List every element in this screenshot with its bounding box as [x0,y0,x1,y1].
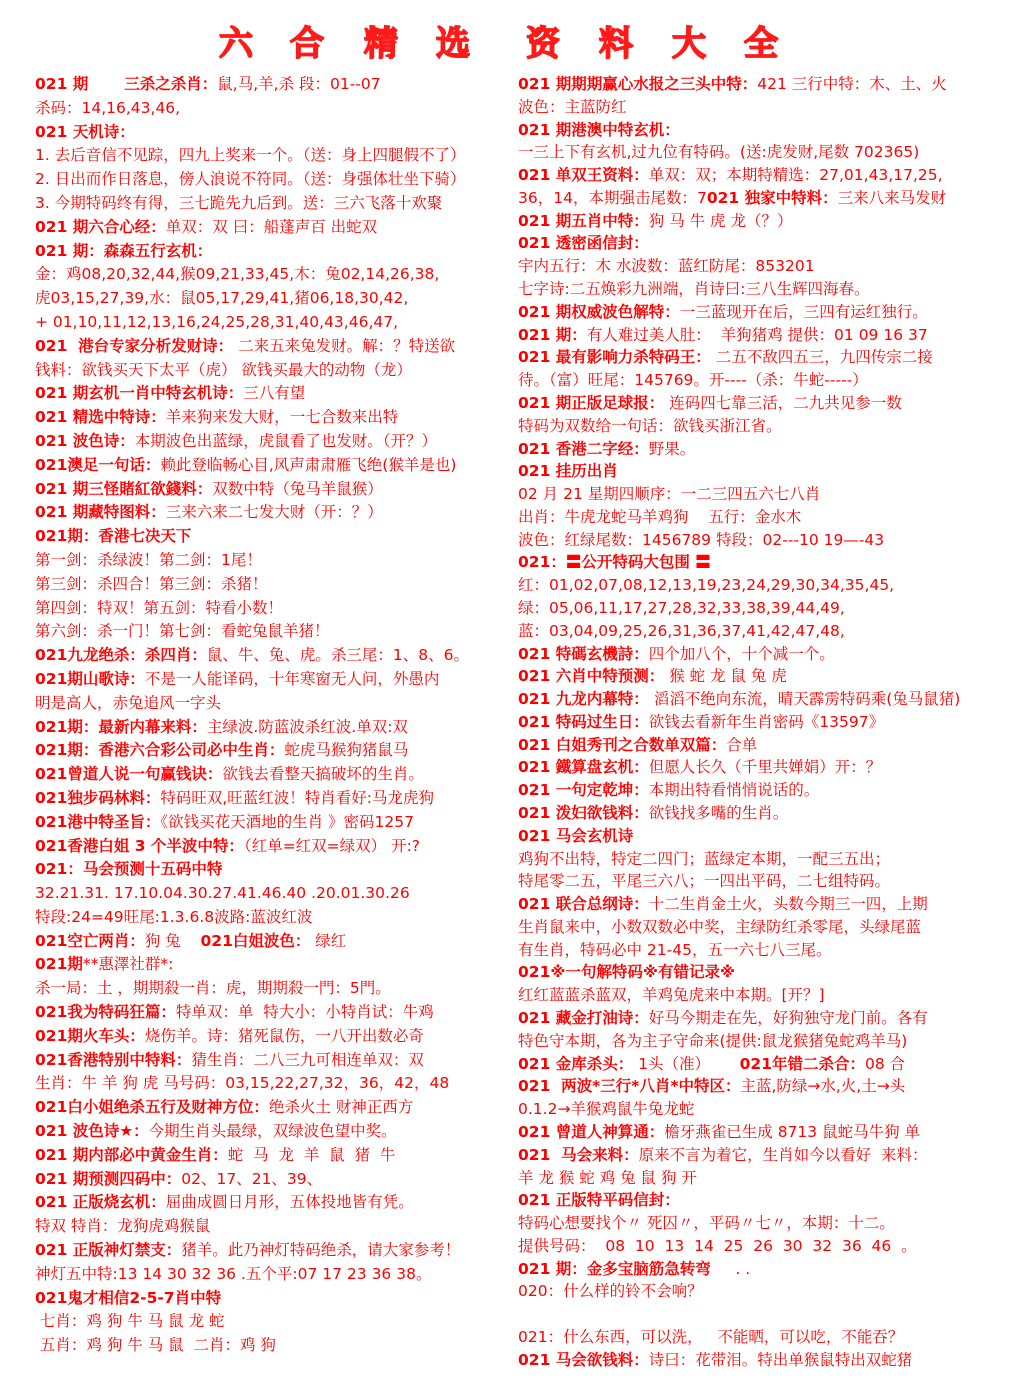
line-text: 二五不敌四五三，九四传宗二接 [711,348,933,366]
line-text: 欲钱找多嘴的生肖。 [649,804,789,822]
line-text: 滔滔不绝向东流，晴天霹雳特码乘(兔马鼠猪) [649,690,961,708]
line-text: 猜生肖：二八三九可相连单双：双 [191,1051,424,1069]
left-line: 021港中特圣旨：《欲钱买花天酒地的生肖 》密码1257 [35,811,507,835]
line-text: 绝杀火土 财神正西方 [269,1098,413,1116]
line-heading: 021※一句解特码※有错记录※ [518,963,735,981]
line-text: 特双 特肖：龙狗虎鸡猴鼠 [35,1217,210,1235]
line-heading: 021 两波*三行*八肖*中特区： [518,1077,740,1095]
line-text: 双数中特（兔马羊鼠猴） [212,480,383,498]
right-line: 021 藏金打油诗：好马今期走在先，好狗独守龙门前。各有 [518,1007,1013,1030]
right-line: 021 联合总纲诗：十二生肖金土火，头数今期三一四，上期 [518,893,1013,916]
blank-line [518,1303,1013,1326]
line-heading: 021 期： [518,326,587,344]
right-line: 021 鐵算盘玄机：但愿人长久（千里共婵娟）开：？ [518,756,1013,779]
line-heading: 021 九龙内幕特： [518,690,649,708]
right-line: 波色：红绿尾数：1456789 特段：02---10 19—-43 [518,529,1013,552]
line-heading: 021 最有影响力杀特码王： [518,348,711,366]
left-line: 021鬼才相信2-5-7肖中特 [35,1287,507,1311]
line-text: 出肖：牛虎龙蛇马羊鸡狗 五行：金水木 [518,508,801,526]
line-heading: 三杀之杀肖： [124,75,217,93]
left-line: 七肖：鸡 狗 牛 马 鼠 龙 蛇 [35,1310,507,1334]
line-heading: 021鬼才相信2-5-7肖中特 [35,1289,221,1307]
line-text: 三来八来马发财 [838,189,947,207]
line-heading: 021香港特别中特料： [35,1051,191,1069]
left-line: 五肖：鸡 狗 牛 马 鼠 二肖：鸡 狗 [35,1334,507,1358]
right-line: 021 正版特平码信封： [518,1189,1013,1212]
line-text: 杀一局：土 ，期期殺一肖：虎，期期殺一門：5門。 [35,979,391,997]
title-char: 料 [599,24,633,64]
line-text: 红红蓝蓝杀蓝双，羊鸡兔虎来中本期。[开？] [518,986,825,1004]
right-line: 021 挂历出肖 [518,460,1013,483]
left-line: 第四剑：特双！第五剑：特看小数！ [35,597,507,621]
line-text: 神灯五中特:13 14 30 32 36 .五个平:07 17 23 36 38… [35,1265,431,1283]
line-text: 但愿人长久（千里共婵娟）开：？ [649,758,882,776]
line-heading: 021：〓公开特码大包围 〓 [518,553,711,571]
right-line: 021 期：金多宝脑筋急转弯 . . [518,1258,1013,1281]
line-text: 02、17、21、39、 [181,1170,322,1188]
line-text: 特尾零二五，平尾三六八；一四出平码，二七组特码。 [518,872,890,890]
line-heading: 021 期内部必中黄金生肖： [35,1146,228,1164]
line-text: 虎03,15,27,39,水：鼠05,17,29,41,猪06,18,30,42… [35,289,408,307]
right-line: 021 单双王资料：单双：双；本期特精选：27,01,43,17,25, [518,164,1013,187]
line-text: 第一剑：杀绿波！第二剑：1尾！ [35,551,262,569]
line-text: 一三上下有玄机,过九位有特码。(送:虎发财,尾数 702365) [518,143,919,161]
line-heading: 021 金库杀头： [518,1055,633,1073]
right-line: 021 曾道人神算通：檐牙燕雀已生成 8713 鼠蛇马牛狗 单 [518,1121,1013,1144]
right-line: 36，14，本期强击尾数：7021 独家中特料：三来八来马发财 [518,187,1013,210]
left-line: 021期**惠澤社群*: [35,953,507,977]
line-text: 本期波色出蓝绿，虎鼠看了也发财。（开？） [135,432,437,450]
right-line: 绿：05,06,11,17,27,28,32,33,38,39,44,49, [518,597,1013,620]
line-text: 鸡狗不出特，特定二四门；蓝绿定本期，一配三五出； [518,850,890,868]
line-text: 鼠,马,羊,杀 段：01--07 [217,75,380,93]
left-line: 021期：最新内幕来料：主绿波.防蓝波杀红波.单双:双 [35,716,507,740]
line-heading: 021白姐波色： [201,932,311,950]
line-text: 32.21.31. 17.10.04.30.27.41.46.40 .20.01… [35,884,410,902]
title-char: 选 [436,24,470,64]
right-line: 021 特码过生日：欲钱去看新年生肖密码《13597》 [518,711,1013,734]
line-heading: 021 精选中特诗： [35,408,166,426]
line-text: 单双：双 曰：船蓬声百 出蛇双 [166,218,377,236]
right-line: 特尾零二五，平尾三六八；一四出平码，二七组特码。 [518,870,1013,893]
line-text: 特段:24=49旺尾:1.3.6.8波路:蓝波红波 [35,908,312,926]
right-line: 021 最有影响力杀特码王： 二五不敌四五三，九四传宗二接 [518,346,1013,369]
line-heading: 021 泼妇欲钱料： [518,804,649,822]
line-text: 《欲钱买花天酒地的生肖 》密码1257 [160,813,414,831]
line-text: 赖此登临畅心目,风声肃肃雁飞绝(猴羊是也) [160,456,456,474]
title-char: 精 [364,24,398,64]
right-line: 021 期五肖中特：狗 马 牛 虎 龙（？） [518,210,1013,233]
right-line: 特色守本期，各为主子守命来(提供:鼠龙猴猪兔蛇鸡羊马) [518,1030,1013,1053]
line-heading: 021 期期期赢心水报之三头中特： [518,75,757,93]
left-line: 杀码：14,16,43,46, [35,97,507,121]
line-heading: 021 鐵算盘玄机： [518,758,649,776]
left-line: 32.21.31. 17.10.04.30.27.41.46.40 .20.01… [35,882,507,906]
right-line: 021 期正版足球报： 连码四七靠三活，二九共见参一数 [518,392,1013,415]
line-text: 檐牙燕雀已生成 8713 鼠蛇马牛狗 单 [664,1123,920,1141]
line-text: 杀码：14,16,43,46, [35,99,180,117]
line-text: 十二生肖金土火，头数今期三一四，上期 [649,895,928,913]
right-line: 021 马会欲钱料：诗曰：花带泪。特出单猴鼠特出双蛇猪 [518,1349,1013,1372]
line-heading: 021港中特圣旨： [35,813,160,831]
line-text: 蛇 马 龙 羊 鼠 猪 牛 [228,1146,396,1164]
left-line: 特段:24=49旺尾:1.3.6.8波路:蓝波红波 [35,906,507,930]
left-line: 021曾道人说一句赢钱诀：欲钱去看整天搞破坏的生肖。 [35,763,507,787]
line-text: 主绿波.防蓝波杀红波.单双:双 [207,718,408,736]
left-line: 021 期六合心经：单双：双 曰：船蓬声百 出蛇双 [35,216,507,240]
line-text: 屈曲成圆日月形，五体投地皆有凭。 [166,1193,414,1211]
line-text: 特码为双数给一句话：欲钱买浙江省。 [518,417,782,435]
left-line: 021澳足一句话：赖此登临畅心目,风声肃肃雁飞绝(猴羊是也) [35,454,507,478]
line-heading: 021 曾道人神算通： [518,1123,664,1141]
line-heading: 021 期五肖中特： [518,212,649,230]
line-text: 合单 [726,736,757,754]
left-line: 特双 特肖：龙狗虎鸡猴鼠 [35,1215,507,1239]
left-line: 021期火车头：烧伤羊。诗：猪死鼠伤，一八开出数必奇 [35,1025,507,1049]
left-line: 021 期三怪賭紅欲錢料：双数中特（兔马羊鼠猴） [35,478,507,502]
left-line: 021我为特码狂篇：特单双：单 特大小：小特肖试：牛鸡 [35,1001,507,1025]
line-text: 七肖：鸡 狗 牛 马 鼠 龙 蛇 [35,1312,225,1330]
right-line: 提供号码： 08 10 13 14 25 26 30 32 36 46 。 [518,1235,1013,1258]
right-line: 021 香港二字经：野果。 [518,438,1013,461]
line-text: 生肖：牛 羊 狗 虎 马号码：03,15,22,27,32，36，42，48 [35,1074,449,1092]
right-line: 宇内五行：木 水波数：蓝红防尾：853201 [518,255,1013,278]
line-heading: 021 期正版足球报： [518,394,664,412]
line-heading: 021 期港澳中特玄机： [518,121,680,139]
right-line: 021 期港澳中特玄机： [518,119,1013,142]
left-line: 021 期藏特图料：三来六来二七发大财（开：？） [35,501,507,525]
left-line: 021 期内部必中黄金生肖：蛇 马 龙 羊 鼠 猪 牛 [35,1144,507,1168]
right-line: 出肖：牛虎龙蛇马羊鸡狗 五行：金水木 [518,506,1013,529]
line-heading: 021 马会欲钱料： [518,1351,649,1369]
line-text: 宇内五行：木 水波数：蓝红防尾：853201 [518,257,815,275]
line-heading: 021 期 [35,75,88,93]
line-heading: 021期：香港六合彩公司必中生肖： [35,741,284,759]
right-line: 020：什么样的铃不会响？ [518,1280,1013,1303]
line-heading: 021 正版烧玄机： [35,1193,166,1211]
line-heading: 021澳足一句话： [35,456,160,474]
line-text: 欲钱去看新年生肖密码《13597》 [649,713,884,731]
right-line: 羊 龙 猴 蛇 鸡 兔 鼠 狗 开 [518,1167,1013,1190]
line-text: 鼠、牛、兔、虎。杀三尾：1、8、6。 [207,646,469,664]
line-heading: 021 港台专家分析发财诗： [35,337,233,355]
line-text: 绿：05,06,11,17,27,28,32,33,38,39,44,49, [518,599,845,617]
right-column: 021 期期期赢心水报之三头中特：421 三行中特：木、土、火 波色：主蓝防红 … [518,73,1013,1372]
line-heading: 021 透密函信封： [518,234,649,252]
left-line: 明是高人，赤兔追风一字头 [35,692,507,716]
line-text: 蛇虎马猴狗猪鼠马 [284,741,408,759]
line-text: 波色：主蓝防红 [518,98,627,116]
left-line: 3. 今期特码终有得，三七跪先九后到。送：三六飞落十欢聚 [35,192,507,216]
line-text: 特码心想要找个〃 死囚〃，平码〃七〃，本期：十二。 [518,1214,895,1232]
right-line: 021 两波*三行*八肖*中特区：主蓝,防绿→水,火,土→头 [518,1075,1013,1098]
left-line: 生肖：牛 羊 狗 虎 马号码：03,15,22,27,32，36，42，48 [35,1072,507,1096]
line-heading: 021期 [35,955,83,973]
line-text: 羊来狗来发大财，一七合数来出特 [166,408,399,426]
right-line: 02 月 21 星期四顺序：一二三四五六七八肖 [518,483,1013,506]
right-line: 红红蓝蓝杀蓝双，羊鸡兔虎来中本期。[开？] [518,984,1013,1007]
line-text: 生肖鼠来中，小数双数必中奖，主绿防红杀零尾，头绿尾蓝 [518,918,921,936]
line-text: + 01,10,11,12,13,16,24,25,28,31,40,43,46… [35,313,398,331]
left-line: 021香港白姐 3 个半波中特：（红单=红双=绿双） 开:? [35,835,507,859]
title-char: 全 [744,24,778,64]
left-line: 021香港特别中特料：猜生肖：二八三九可相连单双：双 [35,1049,507,1073]
line-text: 蓝：03,04,09,25,26,31,36,37,41,42,47,48, [518,622,845,640]
line-text: 七字诗:二五焕彩九洲端，肖诗曰:三八生辉四海春。 [518,280,869,298]
line-heading: 021 期藏特图料： [35,503,166,521]
left-line: 钱料：欲钱买天下太平（虎） 欲钱买最大的动物（龙） [35,359,507,383]
line-heading: 021 期：森森五行玄机： [35,242,212,260]
right-line: 特码为双数给一句话：欲钱买浙江省。 [518,415,1013,438]
left-line: 021 期：森森五行玄机： [35,240,507,264]
left-line: 021 波色诗：本期波色出蓝绿，虎鼠看了也发财。（开？） [35,430,507,454]
right-line: 021 一句定乾坤：本期出特看悄悄说话的。 [518,779,1013,802]
line-text: 原来不言为着它，生肖如今以看好 来料： [639,1146,928,1164]
line-text: 36，14，本期强击尾数：7 [518,189,707,207]
line-heading: 021 波色诗： [35,432,135,450]
line-heading: 021 期玄机一肖中特玄机诗： [35,384,243,402]
right-line: 021 期：有人难过美人肚： 羊狗猪鸡 提供：01 09 16 37 [518,324,1013,347]
line-text: 烧伤羊。诗：猪死鼠伤，一八开出数必奇 [145,1027,424,1045]
line-text: 猴 蛇 龙 鼠 兔 虎 [664,667,787,685]
right-line: 鸡狗不出特，特定二四门；蓝绿定本期，一配三五出； [518,848,1013,871]
line-text: 特单双：单 特大小：小特肖试：牛鸡 [176,1003,434,1021]
line-text: 2. 日出而作日落息，傍人浪说不符同。（送：身强体壮坐下骑） [35,170,465,188]
line-heading: 021 期：金多宝脑筋急转弯 [518,1260,711,1278]
line-text: 主蓝,防绿→水,火,土→头 [740,1077,905,1095]
line-heading: 021 单双王资料： [518,166,649,184]
line-text: 08 合 [865,1055,905,1073]
line-heading: 021我为特码狂篇： [35,1003,176,1021]
left-line: 021白小姐绝杀五行及财神方位：绝杀火土 财神正西方 [35,1096,507,1120]
line-text: 连码四七靠三活，二九共见参一数 [664,394,901,412]
line-heading: 021 天机诗： [35,123,135,141]
left-line: 021：马会预测十五码中特 [35,858,507,882]
right-line: 021 金库杀头： 1头（准） 021年错二杀合：08 合 [518,1053,1013,1076]
line-text: 金：鸡08,20,32,44,猴09,21,33,45,木：兔02,14,26,… [35,265,439,283]
line-text: 四个加八个，十个减一个。 [649,645,835,663]
line-heading: 021 六肖中特预测： [518,667,664,685]
line-heading: 021：马会预测十五码中特 [35,860,222,878]
line-text: 特色守本期，各为主子守命来(提供:鼠龙猴猪兔蛇鸡羊马) [518,1032,907,1050]
line-text: 0.1.2→羊猴鸡鼠牛兔龙蛇 [518,1100,694,1118]
line-heading: 021空亡两肖： [35,932,145,950]
left-line: 金：鸡08,20,32,44,猴09,21,33,45,木：兔02,14,26,… [35,263,507,287]
line-text: 五肖：鸡 狗 牛 马 鼠 二肖：鸡 狗 [35,1336,276,1354]
line-heading: 021 特碼玄機詩： [518,645,649,663]
left-line: 021独步码林料：特码旺双,旺蓝红波！特肖看好:马龙虎狗 [35,787,507,811]
left-line: 021空亡两肖：狗 兔 021白姐波色： 绿红 [35,930,507,954]
line-heading: 021 期六合心经： [35,218,166,236]
line-heading: 021 挂历出肖 [518,462,618,480]
line-heading: 021香港白姐 3 个半波中特： [35,837,244,855]
line-text: 一三蓝现开在后，三四有运红独行。 [680,303,928,321]
left-line: 2. 日出而作日落息，傍人浪说不符同。（送：身强体壮坐下骑） [35,168,507,192]
line-text: 红：01,02,07,08,12,13,19,23,24,29,30,34,35… [518,576,894,594]
line-heading: 021期：香港七决天下 [35,527,191,545]
line-text: . . [711,1260,750,1278]
line-heading: 021 马会玄机诗 [518,827,633,845]
line-text: 本期出特看悄悄说话的。 [649,781,820,799]
left-line: 021 期预测四码中：02、17、21、39、 [35,1168,507,1192]
left-line: 1. 去后音信不见踪，四九上奖来一个。（送：身上四腿假不了） [35,144,507,168]
line-text: 今期生肖头最绿，双绿波色望中奖。 [149,1122,397,1140]
left-line: 021 精选中特诗：羊来狗来发大财，一七合数来出特 [35,406,507,430]
right-line: 021 透密函信封： [518,232,1013,255]
left-line: 第六剑：杀一门！第七剑：看蛇兔鼠羊猪！ [35,620,507,644]
line-text: 1头（准） [633,1055,739,1073]
line-text: 1. 去后音信不见踪，四九上奖来一个。（送：身上四腿假不了） [35,146,465,164]
right-line: 0.1.2→羊猴鸡鼠牛兔龙蛇 [518,1098,1013,1121]
line-text: 三八有望 [243,384,305,402]
line-heading: 021 期权威波色解特： [518,303,680,321]
line-heading: 021 期预测四码中： [35,1170,181,1188]
line-text: 第三剑：杀四合！第三剑：杀猪！ [35,575,268,593]
right-line: 021 泼妇欲钱料：欲钱找多嘴的生肖。 [518,802,1013,825]
line-text: 二来五来兔发财。解：？特送欲 [233,337,455,355]
left-line: 021九龙绝杀：杀四肖：鼠、牛、兔、虎。杀三尾：1、8、6。 [35,644,507,668]
line-text: 猪羊。此乃神灯特码绝杀，请大家参考！ [181,1241,460,1259]
line-heading: 021九龙绝杀：杀四肖： [35,646,207,664]
line-heading: 021 藏金打油诗： [518,1009,649,1027]
line-heading: 021年错二杀合： [740,1055,865,1073]
line-text: 好马今期走在先，好狗独守龙门前。各有 [649,1009,928,1027]
line-text: 3. 今期特码终有得，三七跪先九后到。送：三六飞落十欢聚 [35,194,442,212]
title-char: 合 [290,24,324,64]
right-line: 021 马会玄机诗 [518,825,1013,848]
line-heading: 021期：最新内幕来料： [35,718,207,736]
line-heading: 021 白姐秀刊之合数单双篇： [518,736,726,754]
title-char: 大 [672,24,706,64]
left-line: 021 正版神灯禁支：猪羊。此乃神灯特码绝杀，请大家参考！ [35,1239,507,1263]
left-line: 021 期三杀之杀肖：鼠,马,羊,杀 段：01--07 [35,73,507,97]
right-line: 一三上下有玄机,过九位有特码。(送:虎发财,尾数 702365) [518,141,1013,164]
line-text: 第四剑：特双！第五剑：特看小数！ [35,599,283,617]
left-line: 021 天机诗： [35,121,507,145]
line-text: 明是高人，赤兔追风一字头 [35,694,221,712]
line-text: 特码旺双,旺蓝红波！特肖看好:马龙虎狗 [160,789,434,807]
right-line: 生肖鼠来中，小数双数必中奖，主绿防红杀零尾，头绿尾蓝 [518,916,1013,939]
right-line: 021 白姐秀刊之合数单双篇：合单 [518,734,1013,757]
left-line: 021期山歌诗：不是一人能译码，十年寒窗无人问，外愚内 [35,668,507,692]
left-line: 021期：香港七决天下 [35,525,507,549]
line-heading: 021 期三怪賭紅欲錢料： [35,480,212,498]
right-line: 波色：主蓝防红 [518,96,1013,119]
left-line: 神灯五中特:13 14 30 32 36 .五个平:07 17 23 36 38… [35,1263,507,1287]
right-line: 特码心想要找个〃 死囚〃，平码〃七〃，本期：十二。 [518,1212,1013,1235]
line-text: 提供号码： 08 10 13 14 25 26 30 32 36 46 。 [518,1237,917,1255]
left-line: 021 正版烧玄机：屈曲成圆日月形，五体投地皆有凭。 [35,1191,507,1215]
line-text: 三来六来二七发大财（开：？） [166,503,383,521]
line-text: 欲钱去看整天搞破坏的生肖。 [222,765,424,783]
line-heading: 021 马会来料： [518,1146,639,1164]
line-text: 有生肖，特码必中 21-45，五一六七八三尾。 [518,941,831,959]
line-heading: 021 香港二字经： [518,440,649,458]
line-heading: 021 一句定乾坤： [518,781,649,799]
line-heading: 021独步码林料： [35,789,160,807]
line-heading: 021曾道人说一句赢钱诀： [35,765,222,783]
left-line: 杀一局：土 ，期期殺一肖：虎，期期殺一門：5門。 [35,977,507,1001]
line-heading: 021 独家中特料： [707,189,838,207]
right-line: 021 九龙内幕特： 滔滔不绝向东流，晴天霹雳特码乘(兔马鼠猪) [518,688,1013,711]
left-line: 021 港台专家分析发财诗： 二来五来兔发财。解：？特送欲 [35,335,507,359]
right-line: 有生肖，特码必中 21-45，五一六七八三尾。 [518,939,1013,962]
right-line: 021 六肖中特预测： 猴 蛇 龙 鼠 兔 虎 [518,665,1013,688]
line-text: 421 三行中特：木、土、火 [757,75,947,93]
line-text: 绿红 [310,932,346,950]
line-heading: 021 正版特平码信封： [518,1191,680,1209]
right-line: 021 期期期赢心水报之三头中特：421 三行中特：木、土、火 [518,73,1013,96]
right-line: 待。（富）旺尾：145769。开----（杀：牛蛇-----） [518,369,1013,392]
line-text: 钱料：欲钱买天下太平（虎） 欲钱买最大的动物（龙） [35,361,412,379]
right-line: 021 期权威波色解特：一三蓝现开在后，三四有运红独行。 [518,301,1013,324]
line-heading: 021 特码过生日： [518,713,649,731]
line-text: 单双：双；本期特精选：27,01,43,17,25, [649,166,943,184]
line-text: 羊 龙 猴 蛇 鸡 兔 鼠 狗 开 [518,1169,697,1187]
line-text: （红单=红双=绿双） 开:? [244,837,420,855]
line-text: 波色：红绿尾数：1456789 特段：02---10 19—-43 [518,531,884,549]
right-line: 021 特碼玄機詩：四个加八个，十个减一个。 [518,643,1013,666]
line-text: 不是一人能译码，十年寒窗无人问，外愚内 [145,670,440,688]
right-line: 021 马会来料：原来不言为着它，生肖如今以看好 来料： [518,1144,1013,1167]
left-line: 第一剑：杀绿波！第二剑：1尾！ [35,549,507,573]
right-line: 021：什么东西，可以洗， 不能晒，可以吃，不能吞？ [518,1326,1013,1349]
right-line: 021※一句解特码※有错记录※ [518,961,1013,984]
title-char: 资 [526,24,560,64]
title-char: 六 [219,24,253,64]
line-heading: 021 联合总纲诗： [518,895,649,913]
line-heading: 021期火车头： [35,1027,145,1045]
line-text: 狗 马 牛 虎 龙（？） [649,212,793,230]
line-text: 020：什么样的铃不会响？ [518,1282,703,1300]
line-text: 021：什么东西，可以洗， 不能晒，可以吃，不能吞？ [518,1328,903,1346]
line-heading: 021 正版神灯禁支： [35,1241,181,1259]
left-line: 021期：香港六合彩公司必中生肖：蛇虎马猴狗猪鼠马 [35,739,507,763]
left-line: 虎03,15,27,39,水：鼠05,17,29,41,猪06,18,30,42… [35,287,507,311]
right-line: 红：01,02,07,08,12,13,19,23,24,29,30,34,35… [518,574,1013,597]
right-line: 021：〓公开特码大包围 〓 [518,551,1013,574]
right-line: 七字诗:二五焕彩九洲端，肖诗曰:三八生辉四海春。 [518,278,1013,301]
left-line: + 01,10,11,12,13,16,24,25,28,31,40,43,46… [35,311,507,335]
line-text: 野果。 [649,440,696,458]
line-text: **惠澤社群*: [83,955,173,973]
left-column: 021 期三杀之杀肖：鼠,马,羊,杀 段：01--07 杀码：14,16,43,… [35,73,507,1358]
left-line: 第三剑：杀四合！第三剑：杀猪！ [35,573,507,597]
right-line: 蓝：03,04,09,25,26,31,36,37,41,42,47,48, [518,620,1013,643]
left-line: 021 期玄机一肖中特玄机诗：三八有望 [35,382,507,406]
line-text: 狗 兔 [145,932,201,950]
left-line: 021 波色诗★：今期生肖头最绿，双绿波色望中奖。 [35,1120,507,1144]
line-text: 诗曰：花带泪。特出单猴鼠特出双蛇猪 [649,1351,913,1369]
line-text: 第六剑：杀一门！第七剑：看蛇兔鼠羊猪！ [35,622,330,640]
line-heading: 021 波色诗★： [35,1122,149,1140]
line-heading: 021期山歌诗： [35,670,145,688]
line-heading: 021白小姐绝杀五行及财神方位： [35,1098,269,1116]
line-text: 待。（富）旺尾：145769。开----（杀：牛蛇-----） [518,371,868,389]
line-text: 有人难过美人肚： 羊狗猪鸡 提供：01 09 16 37 [587,326,928,344]
line-text: 02 月 21 星期四顺序：一二三四五六七八肖 [518,485,820,503]
